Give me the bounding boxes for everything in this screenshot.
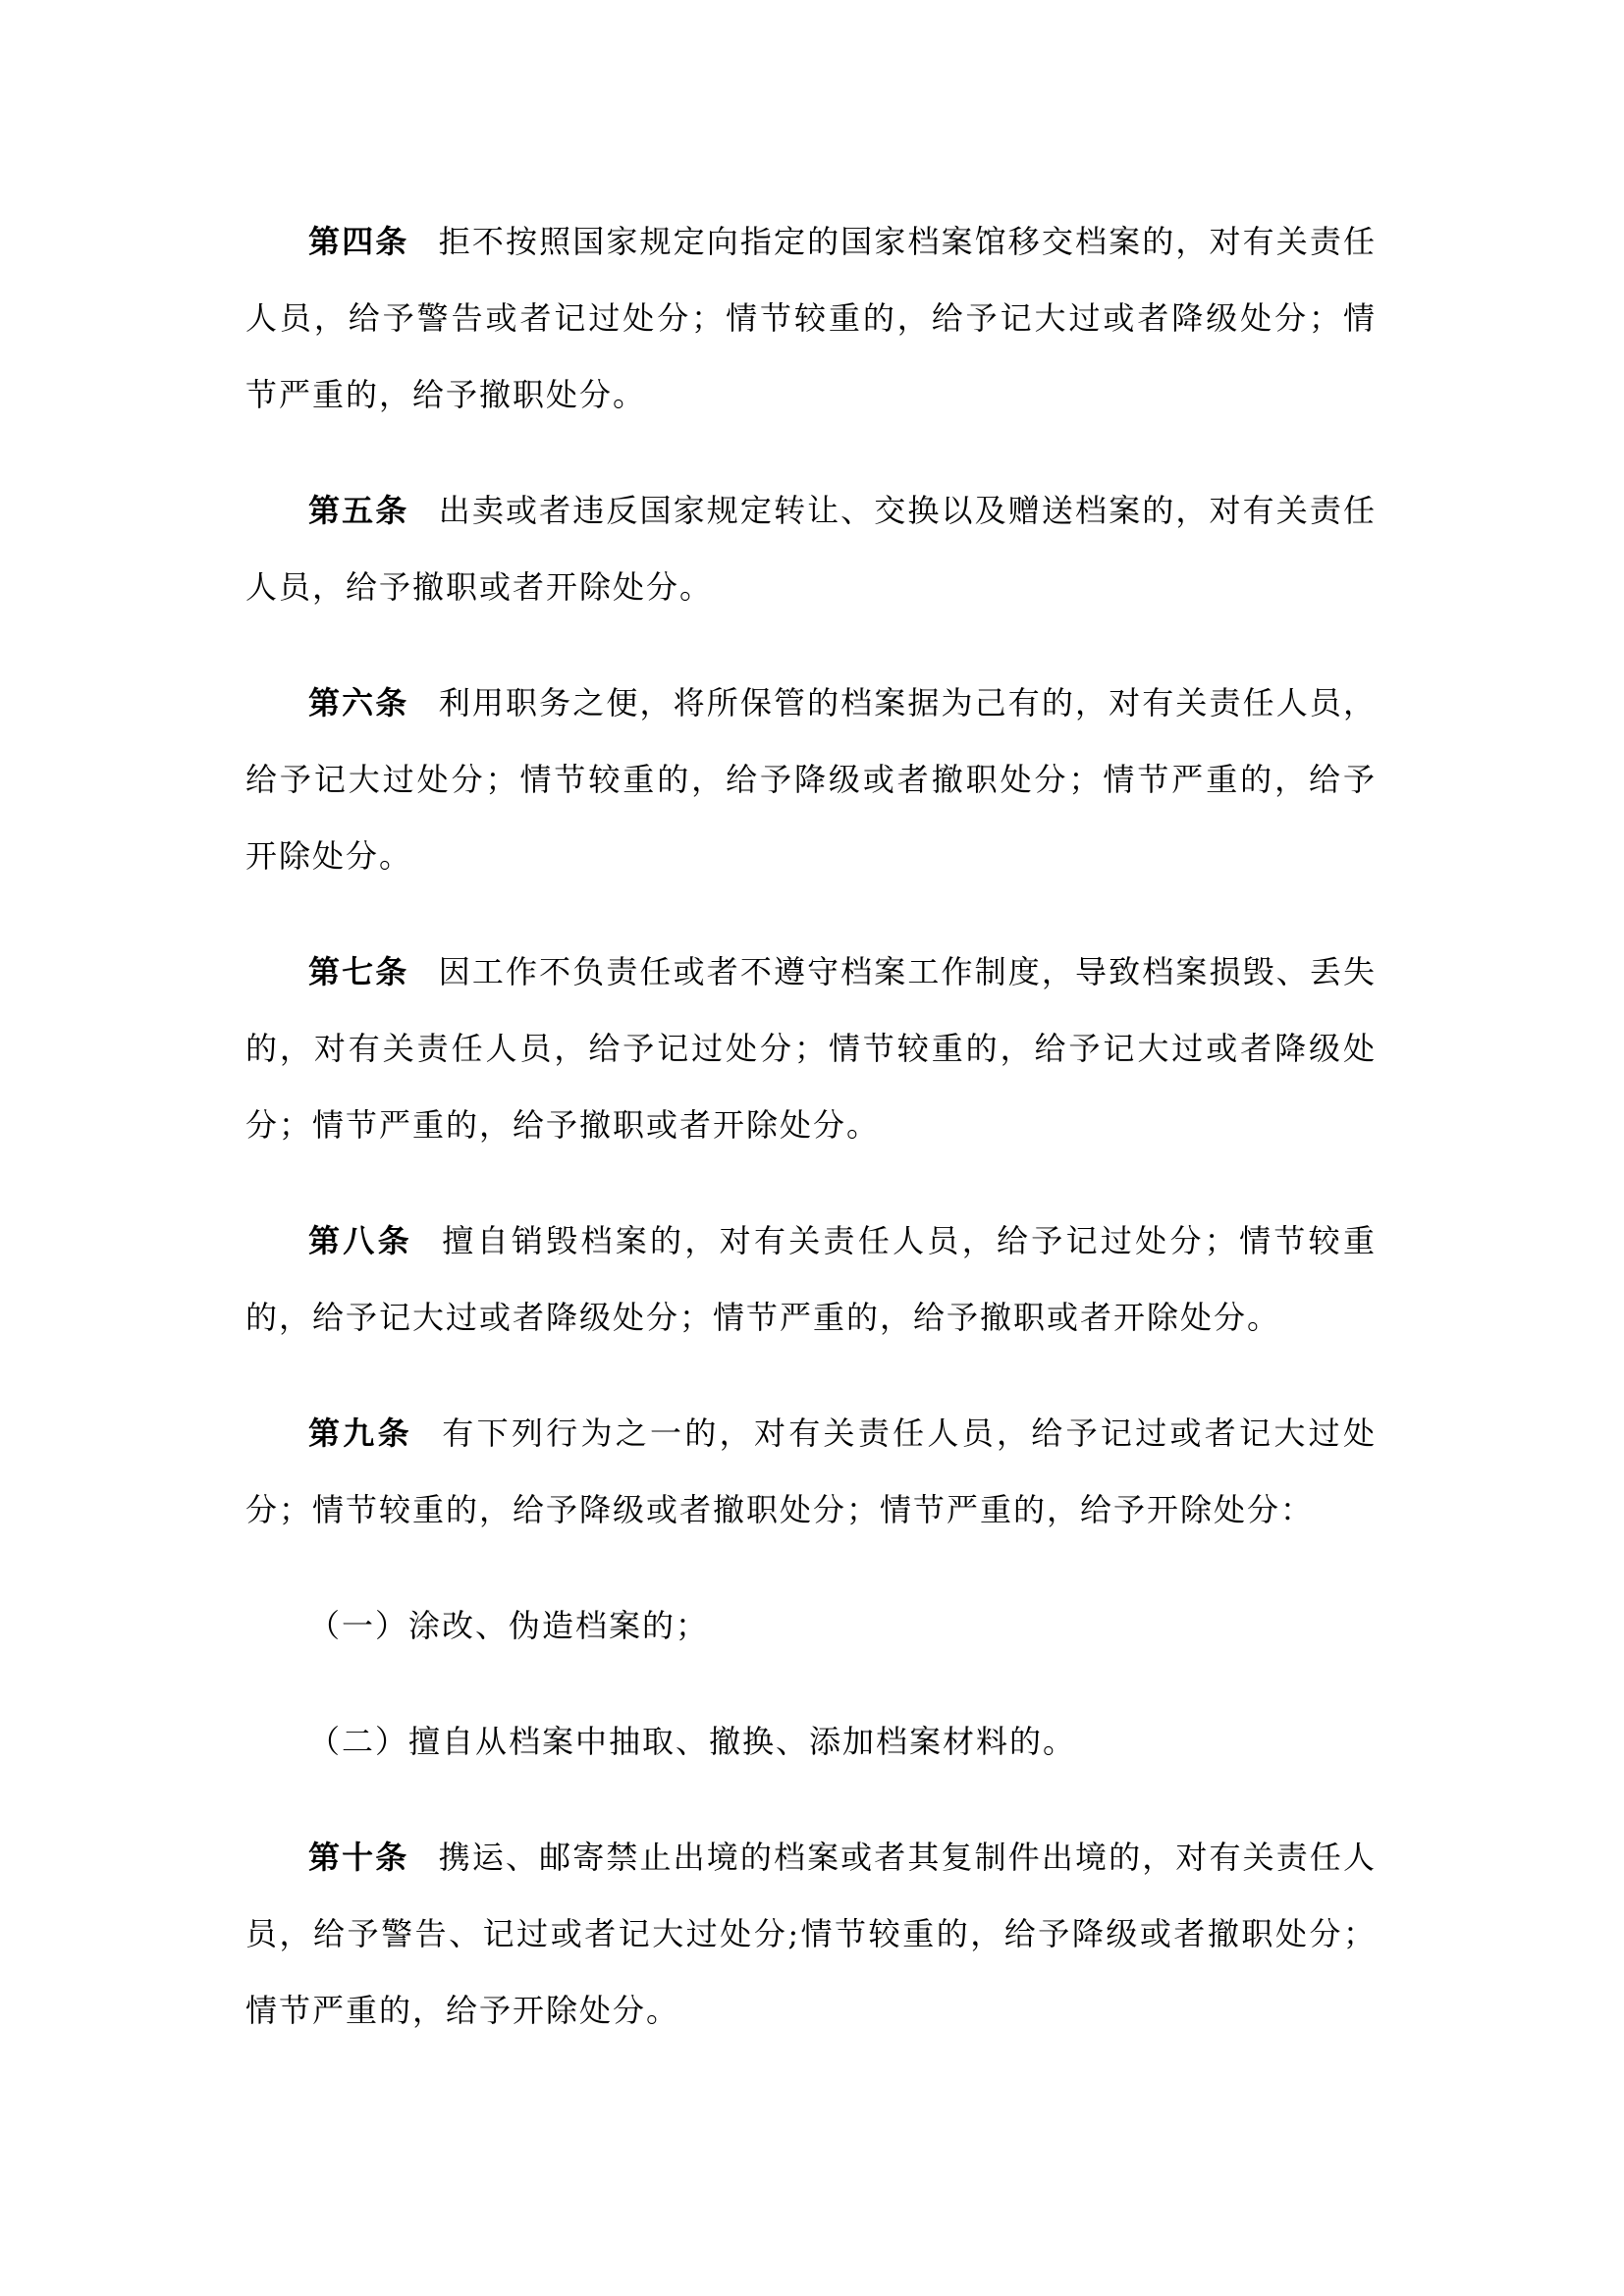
article-4-text: 拒不按照国家规定向指定的国家档案馆移交档案的，对有关责任人员，给予警告或者记过处… <box>245 223 1377 413</box>
article-5-label: 第五条 <box>308 492 408 529</box>
article-10-text: 携运、邮寄禁止出境的档案或者其复制件出境的，对有关责任人员，给予警告、记过或者记… <box>245 1839 1377 2029</box>
article-6-label: 第六条 <box>308 684 408 721</box>
article-9-text: 有下列行为之一的，对有关责任人员，给予记过或者记大过处分；情节较重的，给予降级或… <box>245 1415 1377 1528</box>
article-7-text: 因工作不负责任或者不遵守档案工作制度，导致档案损毁、丢失的，对有关责任人员，给予… <box>245 953 1377 1144</box>
article-4-label: 第四条 <box>308 223 408 260</box>
document-page: 第四条拒不按照国家规定向指定的国家档案馆移交档案的，对有关责任人员，给予警告或者… <box>0 0 1624 2296</box>
article-8-text: 擅自销毁档案的，对有关责任人员，给予记过处分；情节较重的，给予记大过或者降级处分… <box>245 1222 1377 1336</box>
article-10-paragraph: 第十条携运、邮寄禁止出境的档案或者其复制件出境的，对有关责任人员，给予警告、记过… <box>245 1819 1377 2049</box>
article-5-paragraph: 第五条出卖或者违反国家规定转让、交换以及赠送档案的，对有关责任人员，给予撤职或者… <box>245 472 1377 625</box>
article-7-label: 第七条 <box>308 953 408 990</box>
article-9-item-1-text: （一）涂改、伪造档案的； <box>308 1607 709 1644</box>
article-9-item-1: （一）涂改、伪造档案的； <box>245 1587 1377 1664</box>
article-6-text: 利用职务之便，将所保管的档案据为己有的，对有关责任人员，给予记大过处分；情节较重… <box>245 684 1377 875</box>
article-8-paragraph: 第八条擅自销毁档案的，对有关责任人员，给予记过处分；情节较重的，给予记大过或者降… <box>245 1202 1377 1356</box>
article-7-paragraph: 第七条因工作不负责任或者不遵守档案工作制度，导致档案损毁、丢失的，对有关责任人员… <box>245 934 1377 1163</box>
document-body: 第四条拒不按照国家规定向指定的国家档案馆移交档案的，对有关责任人员，给予警告或者… <box>245 203 1377 2088</box>
article-9-item-2-text: （二）擅自从档案中抽取、撤换、添加档案材料的。 <box>308 1723 1076 1760</box>
article-8-label: 第八条 <box>308 1222 412 1259</box>
article-9-label: 第九条 <box>308 1415 412 1452</box>
article-6-paragraph: 第六条利用职务之便，将所保管的档案据为己有的，对有关责任人员，给予记大过处分；情… <box>245 665 1377 894</box>
article-5-text: 出卖或者违反国家规定转让、交换以及赠送档案的，对有关责任人员，给予撤职或者开除处… <box>245 492 1377 606</box>
article-10-label: 第十条 <box>308 1839 408 1876</box>
article-9-item-2: （二）擅自从档案中抽取、撤换、添加档案材料的。 <box>245 1703 1377 1780</box>
article-9-paragraph: 第九条有下列行为之一的，对有关责任人员，给予记过或者记大过处分；情节较重的，给予… <box>245 1395 1377 1548</box>
article-4-paragraph: 第四条拒不按照国家规定向指定的国家档案馆移交档案的，对有关责任人员，给予警告或者… <box>245 203 1377 433</box>
